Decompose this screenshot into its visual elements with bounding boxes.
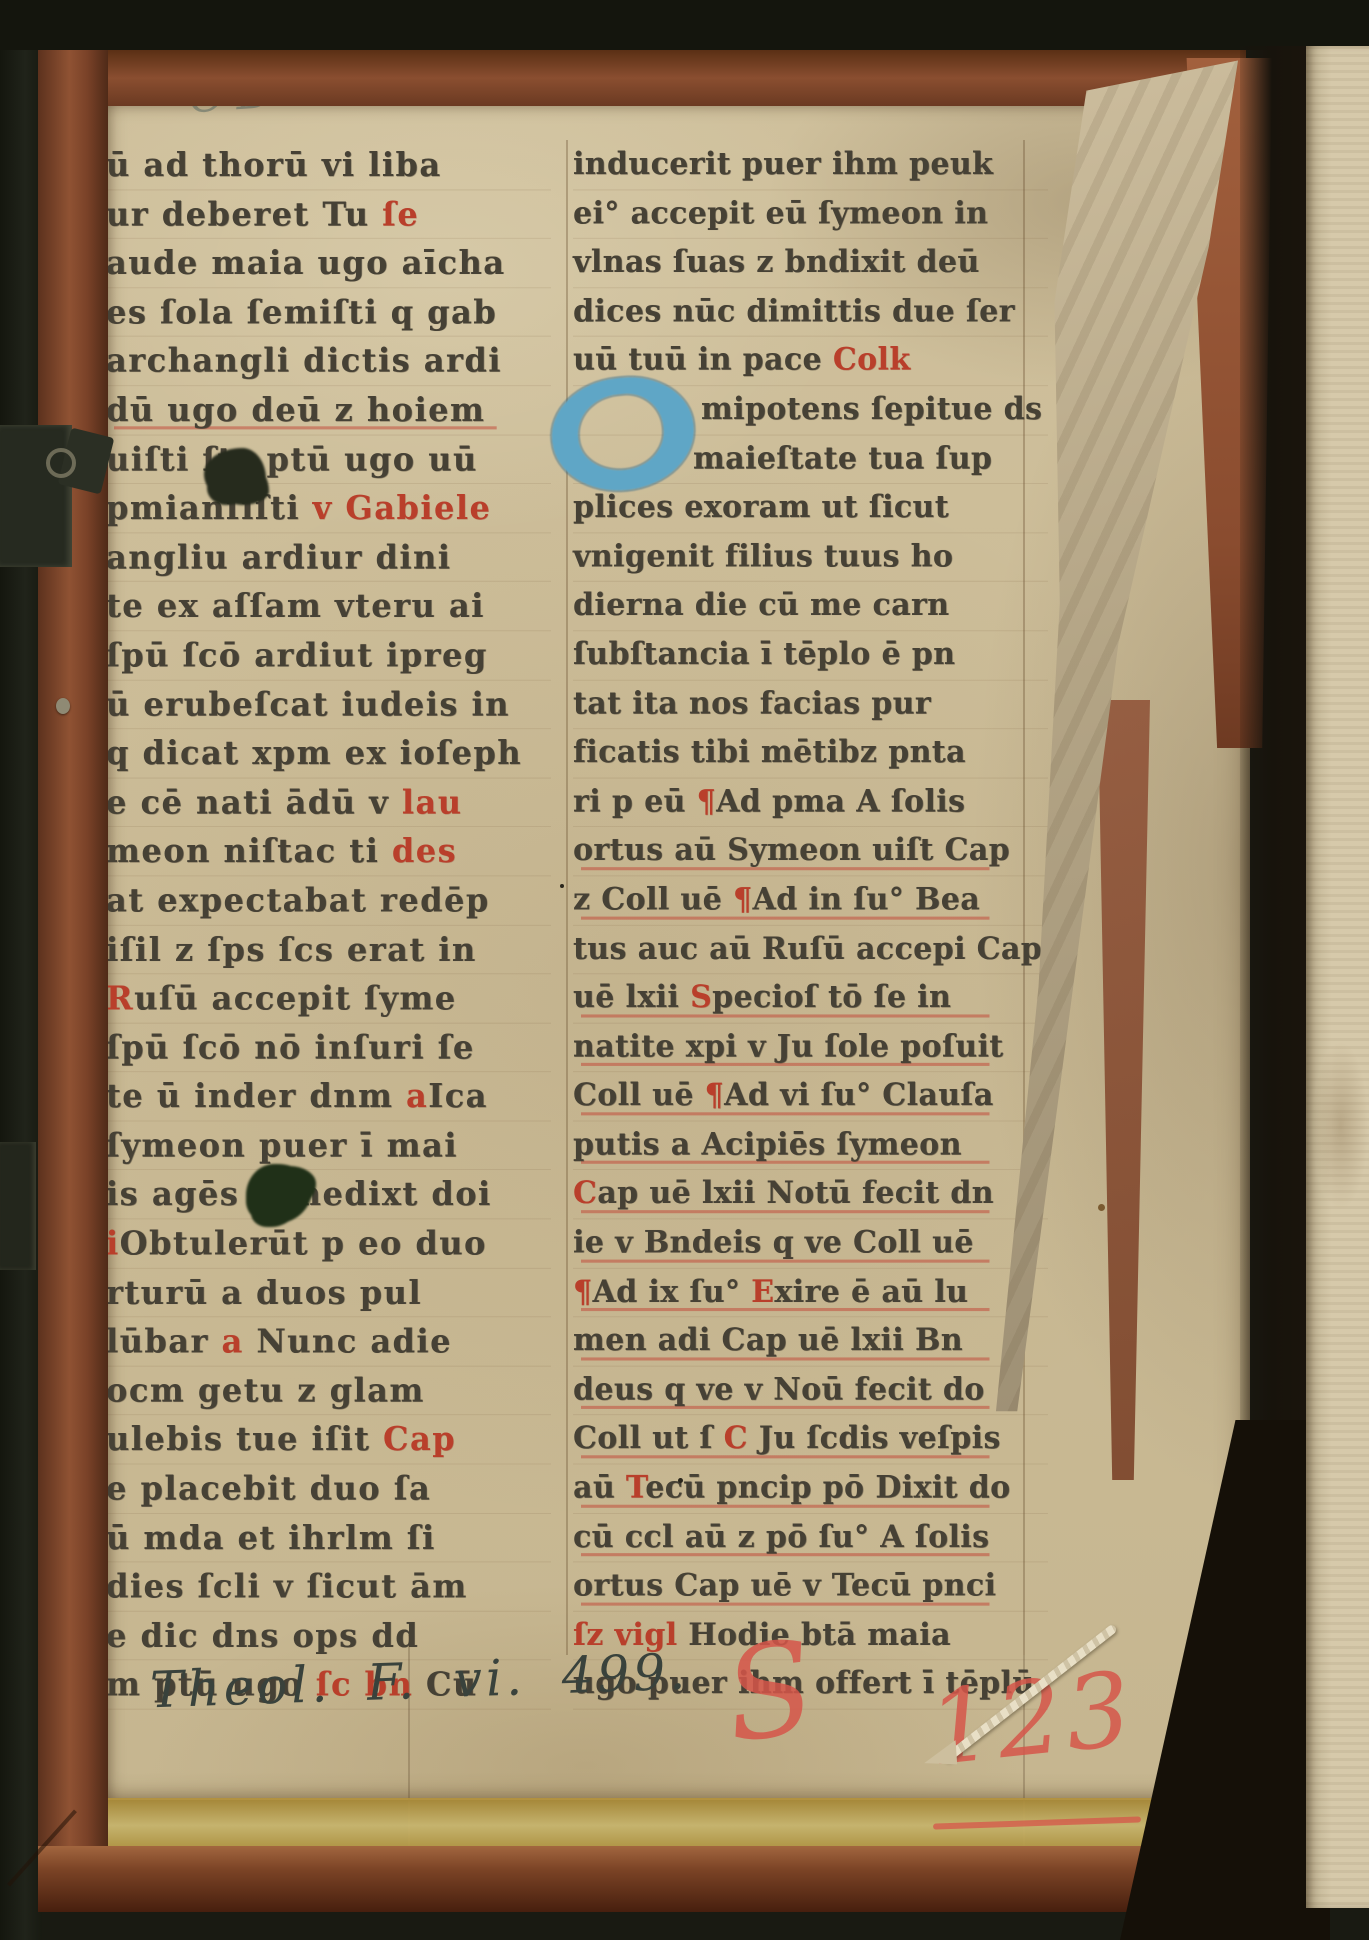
ink-speck [560, 884, 564, 888]
manuscript-text-line: uiſti ſty ptū ugo uū [106, 435, 551, 484]
body-text: uē lxii [573, 980, 690, 1016]
manuscript-text-line: deus q ve v Noū fecit do [573, 1367, 1048, 1416]
ink-speck [678, 1478, 683, 1483]
manuscript-text-line: te ex aſſam vteru ai [106, 582, 551, 631]
body-text: uū tuū in pace [573, 342, 833, 378]
body-text: Ica [428, 1077, 488, 1116]
body-text: te ex aſſam vteru ai [106, 586, 485, 625]
body-text: Obtulerūt p eo duo [120, 1224, 487, 1263]
text-block-fore-edge [1306, 46, 1369, 1908]
manuscript-text-line: Coll ut ſ C Ju ſcdis veſpis [573, 1416, 1048, 1465]
rubric-text: lau [402, 782, 463, 821]
body-text: ortus Cap uē v Tecū pnci [573, 1568, 996, 1604]
body-text: Ad in ſu° Bea [752, 881, 980, 917]
leather-turn-in-top [38, 44, 1246, 106]
body-text: rturū a duos pul [106, 1273, 422, 1312]
manuscript-text-line: vlnas ſuas z bndixit deū [573, 239, 1048, 288]
manuscript-text-line: te ū inder dnm aIca [106, 1072, 551, 1121]
manuscript-text-line: at expectabat redēp [106, 876, 551, 925]
metal-clasp-ring [46, 448, 76, 478]
manuscript-text-line: iObtulerūt p eo duo [106, 1219, 551, 1268]
body-text: at expectabat redēp [106, 880, 490, 919]
body-text: aū [573, 1470, 626, 1506]
metal-clasp-lower [0, 1142, 36, 1270]
body-text: Ju ſcdis veſpis [748, 1421, 1001, 1457]
body-text: lūbar [106, 1322, 222, 1361]
manuscript-text-line: men adi Cap uē lxii Bn [573, 1318, 1048, 1367]
body-text: ortus aū Symeon uiſt Cap [573, 832, 1010, 868]
body-text: ſymeon puer ī mai [106, 1126, 458, 1165]
manuscript-text-line: cū ccl aū z pō ſu° A ſolis [573, 1514, 1048, 1563]
body-text: Ad vi ſu° Clauſa [724, 1078, 993, 1114]
manuscript-text-line: ſpū ſcō ardiut ipreg [106, 631, 551, 680]
column-ruling-line-center [566, 140, 568, 1655]
manuscript-text-line: is agēs benedixt doi [106, 1170, 551, 1219]
rubric-text: v Gabiele [313, 488, 492, 527]
body-text: dices nūc dimittis due ſer [573, 293, 1015, 329]
manuscript-text-line: iſil z ſps ſcs erat in [106, 925, 551, 974]
manuscript-text-line: dū ugo deū z hoiem [106, 386, 551, 435]
body-text: ie v Bndeis q ve Coll uē [573, 1225, 974, 1261]
body-text: ocm getu z glam [106, 1371, 425, 1410]
body-text: vlnas ſuas z bndixit deū [573, 244, 980, 280]
body-text: ei° accepit eū ſymeon in [573, 195, 988, 231]
manuscript-pastedown-photo: ū ad thorū vi libaur deberet Tu ſeaude m… [0, 0, 1369, 1940]
rubric-text: Cap [383, 1420, 456, 1459]
body-text: ap uē lxii Notū fecit dn [597, 1176, 994, 1212]
manuscript-text-line: z Coll uē ¶Ad in ſu° Bea [573, 876, 1048, 925]
manuscript-text-line: rturū a duos pul [106, 1268, 551, 1317]
body-text: uiſti ſty ptū ugo uū [106, 439, 478, 478]
body-text: angliu ardiur dini [106, 537, 451, 576]
body-text: q dicat xpm ex ioſeph [106, 733, 522, 772]
body-text: tus auc aū Ruſū accepi Cap [573, 930, 1042, 966]
body-text: ur deberet Tu [106, 194, 382, 233]
rubric-text: Colk [833, 342, 911, 378]
manuscript-text-line: ū erubeſcat iudeis in [106, 680, 551, 729]
metal-clasp-upper [0, 425, 72, 567]
manuscript-text-line: dices nūc dimittis due ſer [573, 288, 1048, 337]
body-text: cū ccl aū z pō ſu° A ſolis [573, 1519, 989, 1555]
body-text: e dic dns ops dd [106, 1616, 419, 1655]
body-text: Coll uē [573, 1078, 705, 1114]
manuscript-text-line: Ruſū accepit ſyme [106, 974, 551, 1023]
manuscript-text-line: Cap uē lxii Notū fecit dn [573, 1170, 1048, 1219]
body-text: xire ē aū lu [774, 1274, 968, 1310]
body-text: uſū accepit ſyme [134, 978, 457, 1017]
manuscript-text-line: dies ſcli v ſicut ām [106, 1563, 551, 1612]
manuscript-text-line: natite xpi v Ju ſole poſuit [573, 1023, 1048, 1072]
rubric-text: a [222, 1322, 244, 1361]
manuscript-text-line: ortus aū Symeon uiſt Cap [573, 827, 1048, 876]
manuscript-text-line: ū ad thorū vi liba [106, 141, 551, 190]
manuscript-text-line: e cē nati ādū v lau [106, 778, 551, 827]
binding-board-left-edge [0, 0, 42, 1940]
manuscript-text-line: ulebis tue iſit Cap [106, 1416, 551, 1465]
rubric-text: i [106, 1224, 120, 1263]
metal-rivet [56, 698, 70, 714]
manuscript-text-line: tat ita nos facias pur [573, 680, 1048, 729]
body-text: ſpū ſcō nō inſuri ſe [106, 1028, 475, 1067]
body-text: Ad pma A ſolis [716, 783, 965, 819]
body-text: vnigenit filius tuus ho [573, 538, 953, 574]
body-text: archangli dictis ardi [106, 341, 502, 380]
body-text: natite xpi v Ju ſole poſuit [573, 1029, 1004, 1065]
rubric-text: T [626, 1470, 645, 1506]
body-text: plices exoram ut ſicut [573, 489, 949, 525]
body-text: e cē nati ādū v [106, 782, 402, 821]
body-text: ſpū ſcō ardiut ipreg [106, 635, 488, 674]
body-text: dierna die cū me carn [573, 587, 949, 623]
body-text: iſil z ſps ſcs erat in [106, 929, 477, 968]
body-text: z Coll uē [573, 881, 733, 917]
manuscript-text-line: Coll uē ¶Ad vi ſu° Clauſa [573, 1072, 1048, 1121]
body-text: Coll ut ſ [573, 1421, 724, 1457]
ink-blot [204, 448, 266, 500]
manuscript-text-line: angliu ardiur dini [106, 533, 551, 582]
manuscript-text-line: ortus Cap uē v Tecū pnci [573, 1563, 1048, 1612]
manuscript-text-line: tus auc aū Ruſū accepi Cap [573, 925, 1048, 974]
leather-turn-in-left [38, 44, 108, 1859]
body-text: ficatis tibi mētibz pnta [573, 734, 966, 770]
body-text: te ū inder dnm [106, 1077, 406, 1116]
body-text: dū ugo deū z hoiem [106, 390, 485, 429]
manuscript-text-line: ſymeon puer ī mai [106, 1121, 551, 1170]
manuscript-text-line: putis a Acipiēs ſymeon [573, 1121, 1048, 1170]
body-text: es ſola ſemiſti q gab [106, 292, 497, 331]
manuscript-text-line: pmianſiſti v Gabiele [106, 484, 551, 533]
manuscript-text-line: ficatis tibi mētibz pnta [573, 729, 1048, 778]
manuscript-text-line: ¶Ad ix ſu° Exire ē aū lu [573, 1268, 1048, 1317]
body-text: ecū pncip pō Dixit do [645, 1470, 1010, 1506]
body-text: meon niſtac ti [106, 831, 392, 870]
manuscript-text-line: ſpū ſcō nō inſuri ſe [106, 1023, 551, 1072]
body-text: maieſtate tua ſup [693, 440, 992, 476]
rubric-text: ¶ [573, 1274, 593, 1310]
manuscript-text-line: meon niſtac ti des [106, 827, 551, 876]
body-text: dies ſcli v ſicut ām [106, 1567, 468, 1606]
manuscript-text-line: inducerit puer ihm peuk [573, 141, 1048, 190]
body-text: ū mda et ihrlm ſi [106, 1518, 436, 1557]
manuscript-text-line: uē lxii Specioſ tō ſe in [573, 974, 1048, 1023]
manuscript-text-line: aū Tecū pncip pō Dixit do [573, 1465, 1048, 1514]
body-text: Nunc adie [244, 1322, 452, 1361]
manuscript-text-line: lūbar a Nunc adie [106, 1318, 551, 1367]
body-text: e placebit duo ſa [106, 1469, 431, 1508]
leather-turn-in-bottom [38, 1846, 1243, 1912]
manuscript-text-line: ū mda et ihrlm ſi [106, 1514, 551, 1563]
manuscript-text-line: e placebit duo ſa [106, 1465, 551, 1514]
body-text: putis a Acipiēs ſymeon [573, 1127, 962, 1163]
body-text: ri p eū [573, 783, 697, 819]
rubric-text: ¶ [705, 1078, 725, 1114]
rubric-text: a [406, 1077, 428, 1116]
rubric-text: ¶ [733, 881, 753, 917]
manuscript-text-line: vnigenit filius tuus ho [573, 533, 1048, 582]
manuscript-text-line: es ſola ſemiſti q gab [106, 288, 551, 337]
text-column-right: inducerit puer ihm peukei° accepit eū ſy… [573, 141, 1048, 1710]
body-text: inducerit puer ihm peuk [573, 146, 993, 182]
body-text: pecioſ tō ſe in [712, 980, 951, 1016]
rubric-text: des [392, 831, 457, 870]
rubric-text: ¶ [697, 783, 717, 819]
manuscript-text-line: ei° accepit eū ſymeon in [573, 190, 1048, 239]
body-text: ū ad thorū vi liba [106, 145, 442, 184]
manuscript-text-line: ocm getu z glam [106, 1367, 551, 1416]
manuscript-text-line: q dicat xpm ex ioſeph [106, 729, 551, 778]
body-text: pmianſiſti [106, 488, 313, 527]
body-text: mipotens ſepitue ds [701, 391, 1042, 427]
manuscript-text-line: plices exoram ut ſicut [573, 484, 1048, 533]
text-column-left: ū ad thorū vi libaur deberet Tu ſeaude m… [106, 141, 551, 1710]
rubric-text: C [573, 1176, 597, 1212]
manuscript-text-line: ur deberet Tu ſe [106, 190, 551, 239]
manuscript-text-line: dierna die cū me carn [573, 582, 1048, 631]
manuscript-text-line: ie v Bndeis q ve Coll uē [573, 1219, 1048, 1268]
body-text: Ad ix ſu° [593, 1274, 752, 1310]
rubric-text: S [690, 980, 712, 1016]
red-pencil-number: 123 [922, 1650, 1140, 1790]
manuscript-text-line: archangli dictis ardi [106, 337, 551, 386]
body-text: aude maia ugo aīcha [106, 243, 506, 282]
binding-board-top-edge [0, 0, 1369, 50]
manuscript-text-line: aude maia ugo aīcha [106, 239, 551, 288]
rubric-text: C [724, 1421, 748, 1457]
rubric-text: ſe [382, 194, 419, 233]
body-text: ū erubeſcat iudeis in [106, 684, 510, 723]
body-text: ulebis tue iſit [106, 1420, 383, 1459]
rubric-text: E [751, 1274, 774, 1310]
manuscript-text-line: ſubſtancia ī tēplo ē pn [573, 631, 1048, 680]
body-text: men adi Cap uē lxii Bn [573, 1323, 963, 1359]
manuscript-text-line: ri p eū ¶Ad pma A ſolis [573, 778, 1048, 827]
body-text: deus q ve v Noū fecit do [573, 1372, 985, 1408]
ink-speck [1098, 1204, 1105, 1211]
rubric-text: R [106, 978, 134, 1017]
body-text: ſubſtancia ī tēplo ē pn [573, 636, 955, 672]
body-text: tat ita nos facias pur [573, 685, 931, 721]
